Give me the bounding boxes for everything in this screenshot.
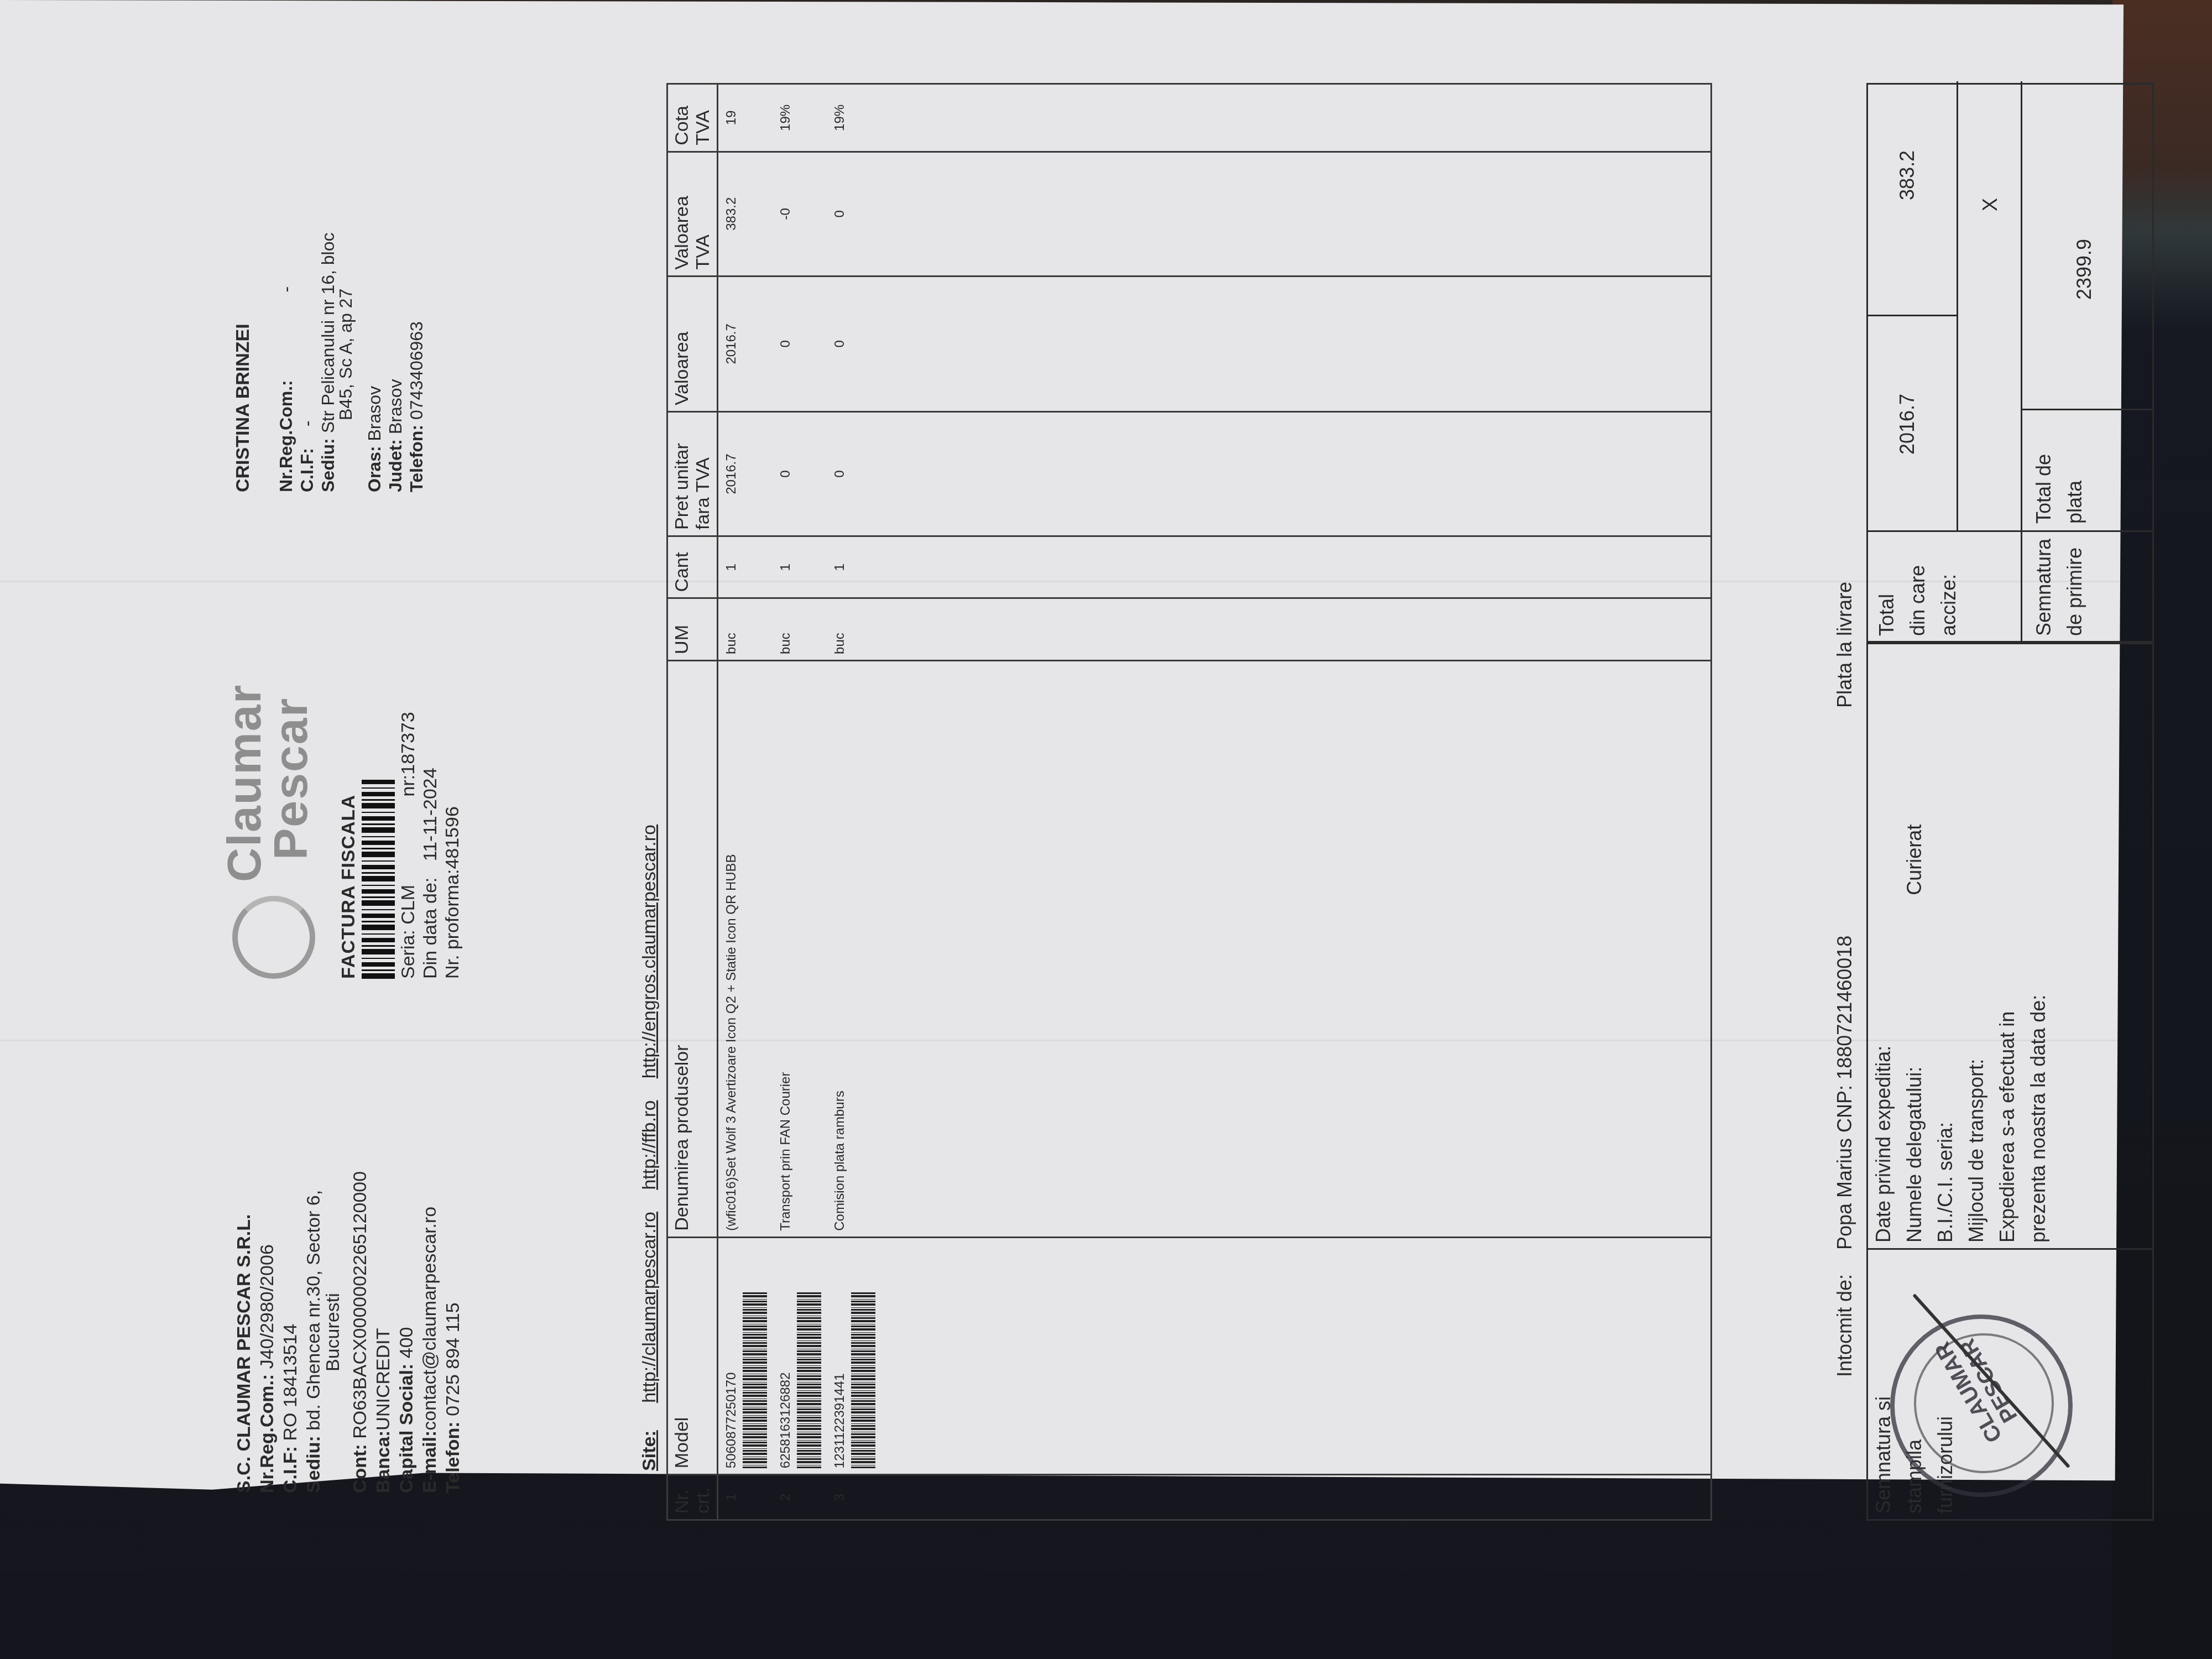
delegate-name: Curierat [1903,825,1926,895]
invoice-date: 11-11-2024 [420,768,441,861]
supplier-account: RO63BACX0000002265120000 [349,1171,371,1439]
client-phone: 0743406963 [406,321,426,420]
excise-value: X [1979,198,2002,211]
barcode-icon [797,1291,821,1468]
supplier-name: S.C. CLAUMAR PESCAR S.R.L. [232,1171,255,1493]
supplier-info: S.C. CLAUMAR PESCAR S.R.L. Nr.Reg.Com.: … [232,1171,465,1493]
client-reg: - [276,286,296,293]
table-row: 2 6258163126882 Transport prin FAN Couri… [773,84,827,1520]
barcode-icon [743,1291,767,1468]
receipt-signature-label: Semnatura de primire [2028,539,2090,636]
site-link-ffb[interactable]: http://ffb.ro [639,1100,660,1190]
col-denumire: Denumirea produselor [667,660,718,1237]
totals-box: Total din care accize: 2016.7 383.2 X Se… [1868,81,2156,643]
total-vat: 383.2 [1896,150,1919,200]
supplier-capital: 400 [396,1327,417,1359]
col-valoarea: Valoarea [667,276,718,411]
client-info: CRISTINA BRINZEI Nr.Reg.Com.: - C.I.F: -… [232,232,427,492]
model-code: 1231122391441 [832,1244,848,1468]
site-link-engros[interactable]: http://engros.claumarpescar.ro [639,825,660,1078]
proforma-number: 481596 [442,806,463,869]
site-links: Site: http://claumarpescar.ro http://ffb… [639,808,660,1471]
invoice-series: CLM [398,885,419,925]
invoice-header: FACTURA FISCALA Seria: CLM nr:187373 Din… [337,712,463,979]
barcode-icon [362,780,395,979]
table-row: 3 1231122391441 Comision plata ramburs b… [827,84,881,1520]
company-logo: Claumar Pescar [216,669,326,979]
supplier-reg: J40/2980/2006 [257,1244,278,1369]
table-row: 1 5060877250170 (wfic016)Set Wolf 3 Aver… [718,84,773,1520]
supplier-address: bd. Ghencea nr.30, Sector 6, [303,1190,324,1431]
items-table: Nr. crt. Model Denumirea produselor UM C… [666,83,1712,1521]
invoice-number: 187373 [398,712,419,774]
col-um: UM [667,598,718,660]
company-stamp-icon: CLAUMAR PESCAR [1890,1314,2073,1497]
client-cif: - [297,420,317,426]
site-link-main[interactable]: http://claumarpescar.ro [639,1212,660,1403]
col-cant: Cant [667,536,718,598]
barcode-icon [851,1291,875,1468]
client-address-line2: B45, Sc A, ap 27 [338,232,353,492]
total-to-pay: 2399.9 [2073,239,2096,300]
col-pret: Pret unitar fara TVA [667,412,718,536]
col-valoarea-tva: Valoarea TVA [667,152,718,276]
product-name: Comision plata ramburs [827,660,881,1237]
table-empty-space [881,84,1712,1520]
payment-method: Plata la livrare [1833,582,1856,708]
col-model: Model [667,1237,718,1474]
footer-grid: Semnatura si stampila furnizorului CLAUM… [1866,83,2154,1521]
client-county: Brasov [385,379,405,435]
supplier-email: contact@claumarpescar.ro [419,1207,440,1431]
invoice-document: S.C. CLAUMAR PESCAR S.R.L. Nr.Reg.Com.: … [177,50,1991,1532]
table-header-row: Nr. crt. Model Denumirea produselor UM C… [667,84,718,1520]
issuer-name: Popa Marius CNP: 1880721460018 [1833,936,1856,1250]
supplier-signature-cell: Semnatura si stampila furnizorului CLAUM… [1868,1248,2152,1519]
document-title: FACTURA FISCALA [337,712,359,979]
supplier-city: Bucuresti [325,1171,341,1493]
col-nr: Nr. crt. [667,1475,718,1520]
client-name: CRISTINA BRINZEI [232,232,253,492]
client-city: Brasov [364,386,384,441]
model-code: 5060877250170 [724,1244,739,1468]
product-name: (wfic016)Set Wolf 3 Avertizoare Icon Q2 … [718,660,773,1237]
supplier-phone: 0725 894 115 [442,1302,463,1416]
client-address: Str Pelicanului nr 16, bloc [318,232,338,433]
product-name: Transport prin FAN Courier [773,660,827,1237]
supplier-bank: UNICREDIT [373,1328,394,1431]
model-code: 6258163126882 [778,1244,794,1468]
col-cota: Cota TVA [667,84,718,152]
total-value: 2016.7 [1896,394,1919,455]
expedition-data: Date privind expeditia: Numele delegatul… [1868,643,2152,1248]
supplier-cif: RO 18413514 [280,1324,301,1441]
ring-logo-icon [232,896,315,979]
